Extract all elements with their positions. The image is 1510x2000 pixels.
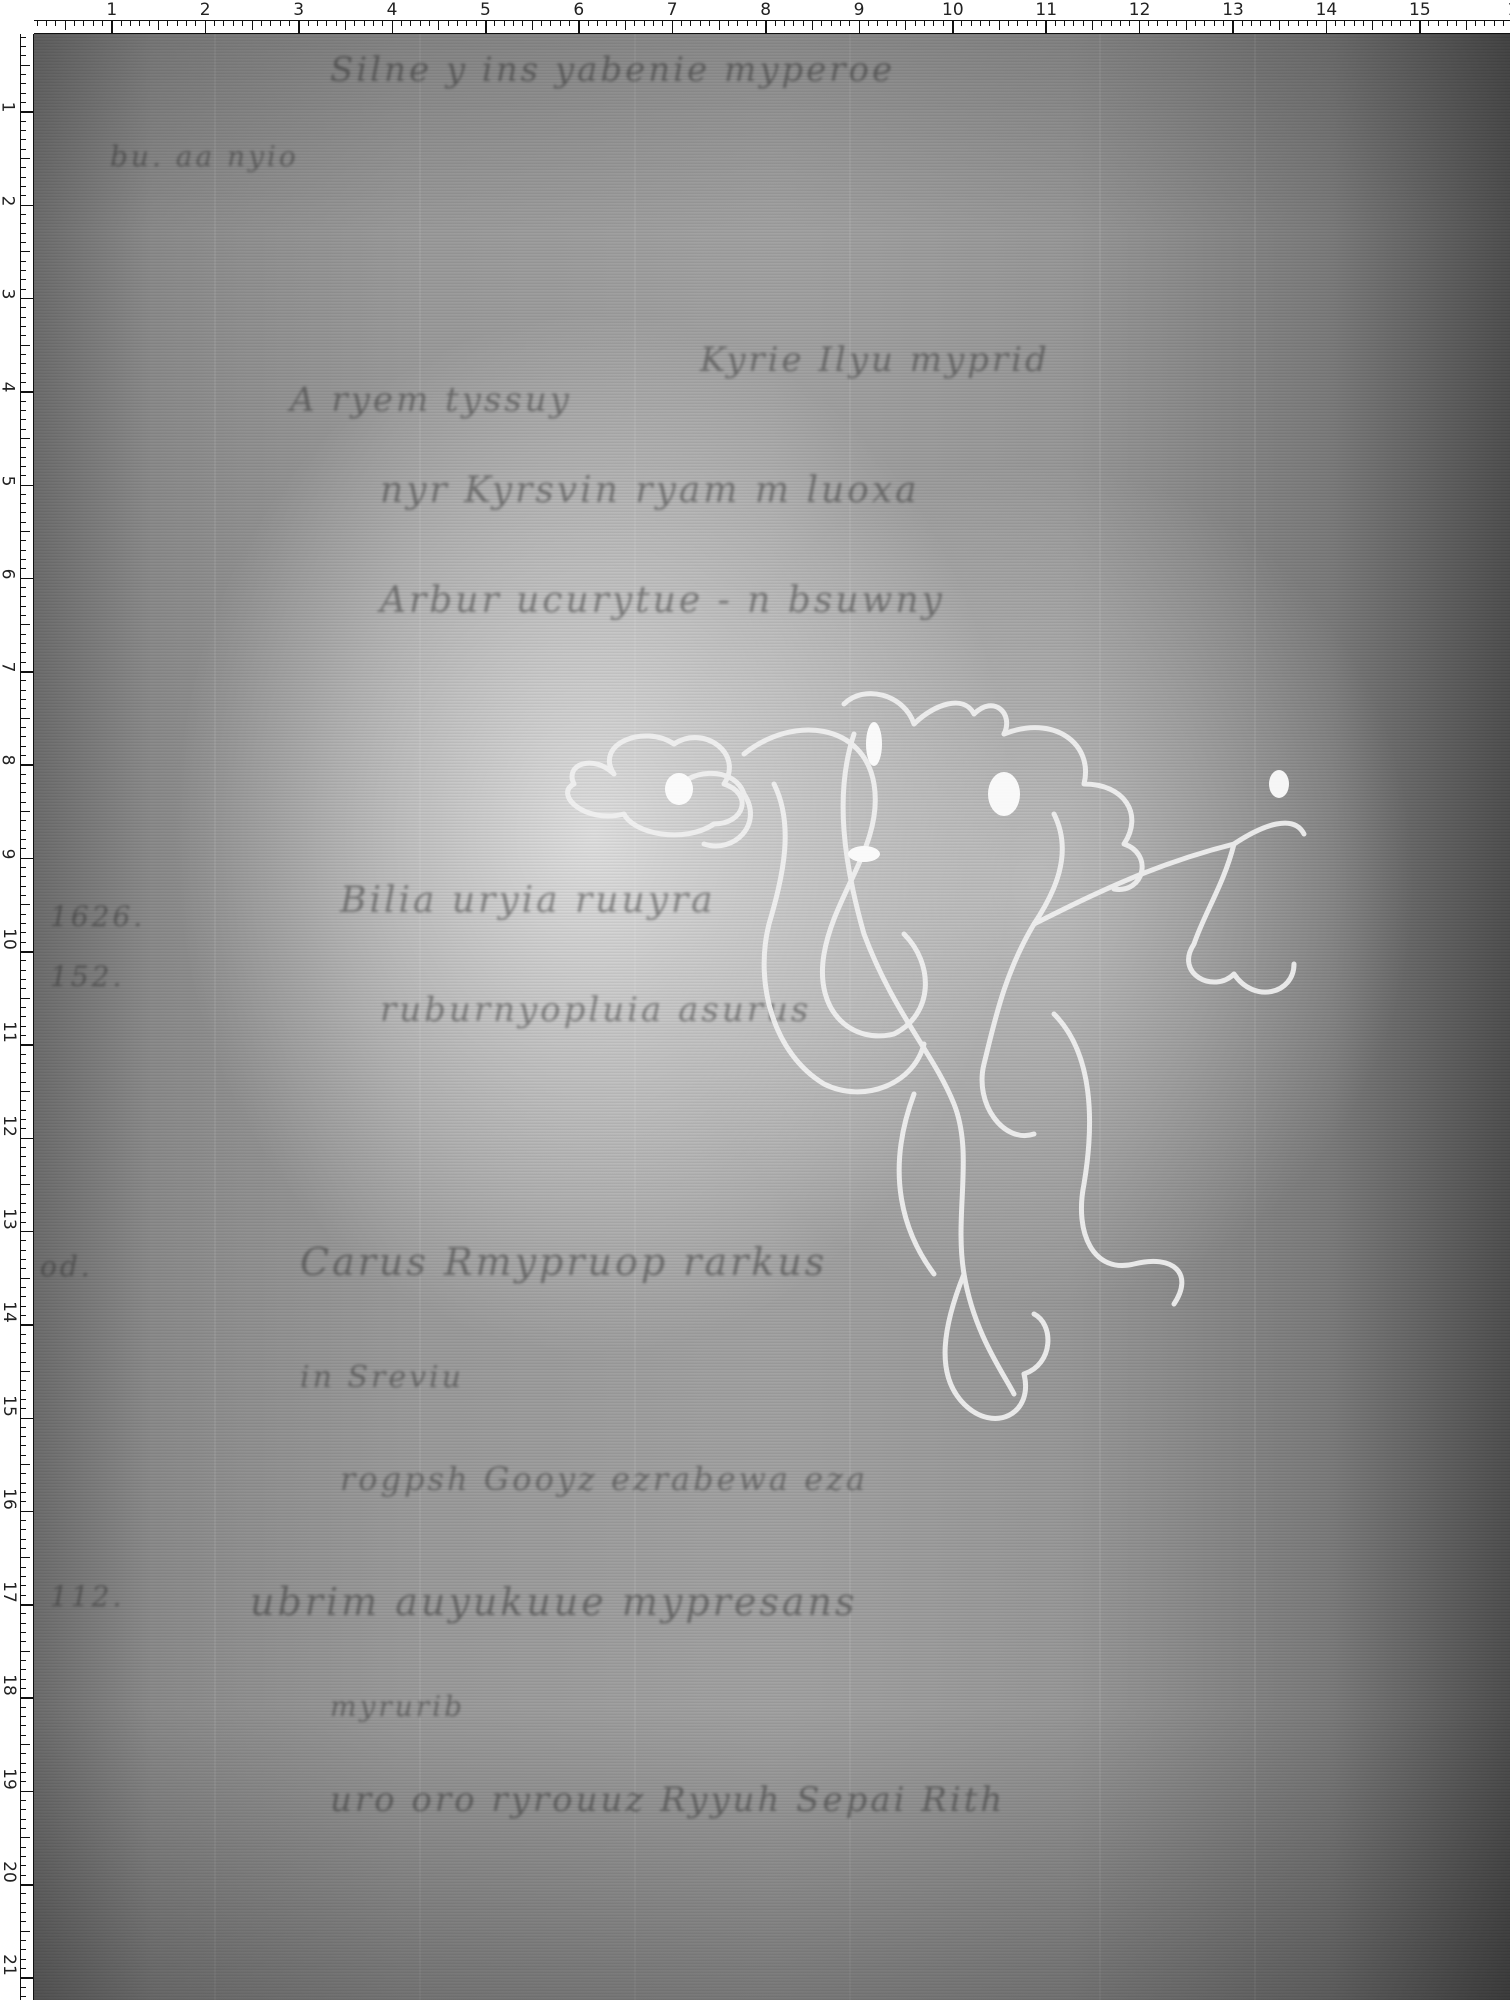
ruler-tick: [20, 1660, 26, 1661]
ruler-tick: [896, 20, 897, 26]
ruler-tick: [354, 20, 355, 26]
ruler-tick: [20, 1632, 26, 1633]
ruler-tick: [20, 167, 26, 168]
ruler-tick: [20, 839, 26, 840]
ruler-tick: [20, 102, 26, 103]
handwritten-line: nyr Kyrsvin ryam m luoxa: [380, 470, 920, 511]
ruler-tick: [20, 233, 26, 234]
ruler-tick: [20, 195, 26, 196]
ruler-tick: [20, 419, 26, 420]
ruler-tick: [20, 1231, 34, 1233]
ruler-tick: [1316, 20, 1317, 26]
ruler-tick: [20, 121, 26, 122]
ruler-tick: [20, 55, 26, 56]
ruler-tick: [20, 270, 26, 271]
ruler-tick: [20, 699, 26, 700]
ruler-tick: [1157, 20, 1158, 26]
ruler-tick: [560, 20, 561, 26]
ruler-tick: [20, 1212, 26, 1213]
ruler-tick: [20, 401, 26, 402]
ruler-tick: [20, 1977, 34, 1979]
ruler-tick: [20, 624, 30, 625]
ruler-tick: [20, 1091, 30, 1092]
ruler-tick: [20, 1716, 26, 1717]
ruler-tick: [20, 615, 26, 616]
ruler-tick: [20, 1819, 26, 1820]
ruler-corner: [0, 0, 34, 34]
ruler-tick: [214, 20, 215, 26]
ruler-tick: [20, 289, 26, 290]
ruler-label: 14: [1316, 0, 1338, 20]
ruler-tick: [20, 578, 34, 580]
ruler-tick: [20, 559, 26, 560]
ruler-tick: [149, 20, 150, 26]
ruler-tick: [20, 1380, 26, 1381]
ruler-tick: [20, 755, 26, 756]
ruler-label: 13: [1222, 0, 1244, 20]
ruler-tick: [20, 1539, 26, 1540]
ruler-label: 12: [1129, 0, 1151, 20]
ruler-tick: [765, 20, 767, 34]
ruler-label: 5: [480, 0, 491, 20]
ruler-tick: [20, 345, 30, 346]
ruler-tick: [821, 20, 822, 26]
ruler-tick: [20, 83, 26, 84]
ruler-tick: [401, 20, 402, 26]
chain-line: [419, 34, 421, 2000]
ruler-tick: [1288, 20, 1289, 26]
ruler-tick: [1335, 20, 1336, 26]
ruler-tick: [20, 335, 26, 336]
ruler-tick: [606, 20, 607, 26]
ruler-tick: [326, 20, 327, 26]
ruler-tick: [20, 317, 26, 318]
ruler-tick: [410, 20, 411, 26]
ruler-tick: [1419, 20, 1421, 34]
ruler-tick: [20, 792, 26, 793]
ruler-tick: [20, 746, 26, 747]
ruler-tick: [20, 1707, 26, 1708]
ruler-tick: [20, 466, 26, 467]
ruler-tick: [20, 279, 26, 280]
ruler-tick: [1326, 20, 1328, 34]
ruler-tick: [20, 1324, 34, 1326]
ruler-tick: [20, 1445, 26, 1446]
ruler-tick: [20, 37, 26, 38]
margin-note: 1626.: [50, 900, 145, 933]
ruler-tick: [20, 727, 26, 728]
ruler-tick: [20, 1128, 26, 1129]
ruler-tick: [20, 1940, 26, 1941]
ruler-tick: [83, 20, 84, 26]
ruler-tick: [20, 1987, 26, 1988]
ruler-tick: [747, 20, 748, 26]
ruler-tick: [20, 326, 26, 327]
ruler-tick: [20, 139, 26, 140]
ruler-tick: [20, 1100, 26, 1101]
ruler-tick: [20, 1623, 26, 1624]
ruler-tick: [20, 830, 26, 831]
ruler-tick: [20, 1557, 30, 1558]
margin-note: 112.: [50, 1580, 124, 1613]
ruler-tick: [20, 1735, 26, 1736]
ruler-tick: [65, 20, 66, 30]
ruler-tick: [20, 718, 30, 719]
ruler-tick: [690, 20, 691, 26]
ruler-tick: [20, 1669, 26, 1670]
ruler-tick: [420, 20, 421, 26]
ruler-tick: [476, 20, 477, 26]
ruler-tick: [20, 1147, 26, 1148]
ruler-tick: [812, 20, 813, 30]
ruler-tick: [20, 1837, 30, 1838]
ruler-tick: [205, 20, 207, 34]
ruler-label: 2: [200, 0, 211, 20]
ruler-tick: [485, 20, 487, 34]
ruler-tick: [20, 1501, 26, 1502]
ruler-tick: [20, 363, 26, 364]
manuscript-scan: Silne y ins yabenie myperoebu. aa nyioKy…: [34, 34, 1510, 2000]
ruler-tick: [20, 1828, 26, 1829]
ruler-tick: [20, 485, 34, 487]
ruler-tick: [999, 20, 1000, 30]
ruler-tick: [20, 1240, 26, 1241]
ruler-tick: [1111, 20, 1112, 26]
ruler-baseline: [33, 18, 34, 2000]
ruler-tick: [719, 20, 720, 30]
ruler-tick: [1101, 20, 1102, 26]
ruler-tick: [20, 1418, 34, 1420]
ruler-tick: [20, 1511, 34, 1513]
ruler-tick: [308, 20, 309, 26]
lion-watermark-icon: [534, 674, 1394, 1434]
ruler-label: 1: [106, 0, 117, 20]
ruler-tick: [1223, 20, 1224, 26]
ruler-label: 21: [0, 1954, 19, 1976]
ruler-tick: [20, 1679, 26, 1680]
margin-note: od.: [40, 1250, 93, 1283]
ruler-tick: [1017, 20, 1018, 26]
ruler-tick: [20, 998, 30, 999]
ruler-tick: [868, 20, 869, 26]
ruler-tick: [20, 1697, 34, 1699]
ruler-tick: [840, 20, 841, 26]
ruler-tick: [831, 20, 832, 26]
ruler-tick: [1204, 20, 1205, 26]
vertical-ruler: 0123456789101112131415161718192021: [0, 0, 34, 2000]
ruler-tick: [46, 20, 47, 26]
ruler-tick: [20, 1082, 26, 1083]
ruler-tick: [961, 20, 962, 26]
ruler-tick: [74, 20, 75, 26]
ruler-tick: [20, 876, 26, 877]
ruler-tick: [569, 20, 570, 26]
ruler-label: 4: [0, 382, 17, 393]
ruler-tick: [1232, 20, 1234, 34]
ruler-tick: [280, 20, 281, 26]
ruler-tick: [1279, 20, 1280, 30]
ruler-tick: [1195, 20, 1196, 26]
ruler-tick: [775, 20, 776, 26]
ruler-tick: [20, 1856, 26, 1857]
ruler-tick: [20, 1847, 26, 1848]
ruler-tick: [20, 447, 26, 448]
ruler-label: 4: [387, 0, 398, 20]
ruler-tick: [1045, 20, 1047, 34]
ruler-label: 11: [0, 1021, 19, 1043]
ruler-tick: [1083, 20, 1084, 26]
ruler-tick: [20, 811, 30, 812]
ruler-label: 3: [293, 0, 304, 20]
ruler-tick: [20, 1949, 26, 1950]
ruler-tick: [121, 20, 122, 26]
handwritten-line: Arbur ucurytue - n bsuwny: [380, 580, 945, 621]
handwritten-line: bu. aa nyio: [110, 140, 299, 173]
ruler-tick: [429, 20, 430, 26]
ruler-tick: [1176, 20, 1177, 26]
ruler-tick: [20, 1044, 34, 1046]
ruler-tick: [700, 20, 701, 26]
ruler-tick: [20, 158, 30, 159]
ruler-tick: [989, 20, 990, 26]
ruler-tick: [167, 20, 168, 26]
margin-note: 152.: [50, 960, 124, 993]
ruler-tick: [20, 1072, 26, 1073]
ruler-label: 8: [0, 755, 17, 766]
ruler-tick: [20, 391, 34, 393]
ruler-tick: [1120, 20, 1121, 26]
ruler-tick: [20, 1585, 26, 1586]
ruler-label: 1: [0, 102, 17, 113]
ruler-tick: [20, 634, 26, 635]
ruler-tick: [223, 20, 224, 26]
ruler-tick: [20, 1166, 26, 1167]
ruler-tick: [55, 20, 56, 26]
ruler-tick: [20, 1548, 26, 1549]
ruler-tick: [728, 20, 729, 26]
ruler-tick: [20, 522, 26, 523]
ruler-tick: [952, 20, 954, 34]
ruler-tick: [588, 20, 589, 26]
ruler-tick: [20, 848, 26, 849]
ruler-tick: [597, 20, 598, 26]
ruler-tick: [20, 1912, 26, 1913]
ruler-label: 18: [0, 1675, 19, 1697]
ruler-tick: [261, 20, 262, 26]
ruler-tick: [494, 20, 495, 26]
ruler-tick: [20, 1772, 26, 1773]
ruler-label: 7: [0, 662, 17, 673]
ruler-tick: [20, 494, 26, 495]
ruler-tick: [20, 1306, 26, 1307]
ruler-tick: [20, 1334, 26, 1335]
ruler-tick: [20, 298, 34, 300]
ruler-tick: [20, 223, 26, 224]
ruler-tick: [681, 20, 682, 26]
ruler-tick: [20, 1483, 26, 1484]
ruler-tick: [1073, 20, 1074, 26]
ruler-tick: [20, 960, 26, 961]
ruler-tick: [1494, 20, 1495, 26]
ruler-label: 9: [0, 848, 17, 859]
ruler-tick: [20, 1278, 30, 1279]
ruler-tick: [20, 643, 26, 644]
ruler-tick: [373, 20, 374, 26]
ruler-tick: [20, 820, 26, 821]
ruler-tick: [20, 242, 26, 243]
ruler-tick: [971, 20, 972, 26]
ruler-tick: [37, 20, 38, 26]
ruler-tick: [364, 20, 365, 26]
ruler-tick: [20, 914, 26, 915]
ruler-tick: [1438, 20, 1439, 26]
ruler-tick: [20, 512, 26, 513]
ruler-tick: [93, 20, 94, 26]
ruler-tick: [20, 503, 26, 504]
ruler-tick: [20, 1156, 26, 1157]
ruler-tick: [20, 410, 26, 411]
ruler-tick: [20, 1026, 26, 1027]
ruler-tick: [20, 1110, 26, 1111]
ruler-tick: [102, 20, 103, 26]
ruler-tick: [20, 1259, 26, 1260]
ruler-tick: [20, 1184, 30, 1185]
ruler-tick: [522, 20, 523, 26]
ruler-tick: [252, 20, 253, 30]
ruler-tick: [1307, 20, 1308, 26]
ruler-label: 20: [0, 1861, 19, 1883]
ruler-tick: [20, 587, 26, 588]
ruler-tick: [20, 1315, 26, 1316]
ruler-tick: [20, 251, 30, 252]
ruler-tick: [20, 1287, 26, 1288]
ruler-tick: [1428, 20, 1429, 26]
ruler-tick: [1391, 20, 1392, 26]
ruler-tick: [20, 1492, 26, 1493]
ruler-tick: [448, 20, 449, 26]
ruler-tick: [20, 382, 26, 383]
ruler-tick: [20, 764, 34, 766]
ruler-tick: [20, 1688, 26, 1689]
ruler-tick: [20, 988, 26, 989]
ruler-label: 16: [0, 1488, 19, 1510]
ruler-label: 12: [0, 1115, 19, 1137]
ruler-tick: [20, 951, 34, 953]
ruler-tick: [20, 93, 26, 94]
ruler-label: 9: [854, 0, 865, 20]
ruler-tick: [20, 1875, 26, 1876]
ruler-tick: [1363, 20, 1364, 26]
ruler-tick: [20, 1809, 26, 1810]
ruler-label: 19: [0, 1768, 19, 1790]
ruler-tick: [20, 1343, 26, 1344]
ruler-tick: [20, 1464, 30, 1465]
ruler-tick: [289, 20, 290, 26]
ruler-tick: [20, 932, 26, 933]
ruler-tick: [20, 1296, 26, 1297]
ruler-tick: [20, 1613, 26, 1614]
ruler-tick: [20, 774, 26, 775]
ruler-tick: [550, 20, 551, 26]
ruler-tick: [20, 1865, 26, 1866]
ruler-tick: [20, 1931, 30, 1932]
ruler-tick: [625, 20, 626, 30]
ruler-tick: [20, 858, 34, 860]
handwritten-line: uro oro ryrouuz Ryyuh Sepai Rith: [330, 1780, 1005, 1820]
ruler-tick: [20, 550, 26, 551]
ruler-tick: [20, 1371, 30, 1372]
ruler-tick: [644, 20, 645, 26]
ruler-tick: [20, 1194, 26, 1195]
ruler-tick: [20, 1567, 26, 1568]
ruler-tick: [392, 20, 394, 34]
ruler-tick: [20, 1175, 26, 1176]
ruler-tick: [20, 783, 26, 784]
ruler-tick: [1139, 20, 1141, 34]
ruler-tick: [662, 20, 663, 26]
ruler-tick: [20, 1520, 26, 1521]
ruler-tick: [756, 20, 757, 26]
ruler-tick: [20, 690, 26, 691]
ruler-tick: [20, 531, 30, 532]
ruler-tick: [20, 923, 26, 924]
ruler-tick: [1008, 20, 1009, 26]
ruler-tick: [382, 20, 383, 26]
ruler-tick: [20, 261, 26, 262]
ruler-tick: [139, 20, 140, 26]
ruler-tick: [233, 20, 234, 26]
ruler-tick: [924, 20, 925, 26]
ruler-tick: [158, 20, 159, 30]
ruler-tick: [20, 1753, 26, 1754]
ruler-tick: [20, 1268, 26, 1269]
ruler-label: 5: [0, 475, 17, 486]
ruler-label: 15: [1409, 0, 1431, 20]
ruler-tick: [20, 46, 26, 47]
ruler-tick: [1447, 20, 1448, 26]
ruler-label: 15: [0, 1395, 19, 1417]
ruler-tick: [20, 1576, 26, 1577]
handwritten-line: A ryem tyssuy: [290, 380, 572, 420]
handwritten-line: Silne y ins yabenie myperoe: [330, 50, 895, 90]
ruler-tick: [784, 20, 785, 26]
ruler-tick: [737, 20, 738, 26]
ruler-tick: [1475, 20, 1476, 26]
ruler-tick: [578, 20, 580, 34]
handwritten-line: rogpsh Gooyz ezrabewa eza: [340, 1460, 868, 1498]
ruler-tick: [130, 20, 131, 26]
ruler-tick: [20, 1408, 26, 1409]
ruler-tick: [20, 1399, 26, 1400]
ruler-label: 2: [0, 195, 17, 206]
ruler-tick: [1344, 20, 1345, 26]
ruler-tick: [20, 606, 26, 607]
ruler-baseline: [20, 18, 21, 2000]
ruler-tick: [1129, 20, 1130, 26]
ruler-tick: [1260, 20, 1261, 26]
ruler-tick: [298, 20, 300, 34]
ruler-tick: [1503, 20, 1504, 26]
ruler-tick: [20, 177, 26, 178]
ruler-tick: [793, 20, 794, 26]
ruler-tick: [20, 942, 26, 943]
ruler-tick: [20, 457, 26, 458]
ruler-tick: [20, 1884, 34, 1886]
ruler-tick: [20, 708, 26, 709]
ruler-tick: [20, 1007, 26, 1008]
ruler-tick: [20, 214, 26, 215]
ruler-tick: [20, 1352, 26, 1353]
